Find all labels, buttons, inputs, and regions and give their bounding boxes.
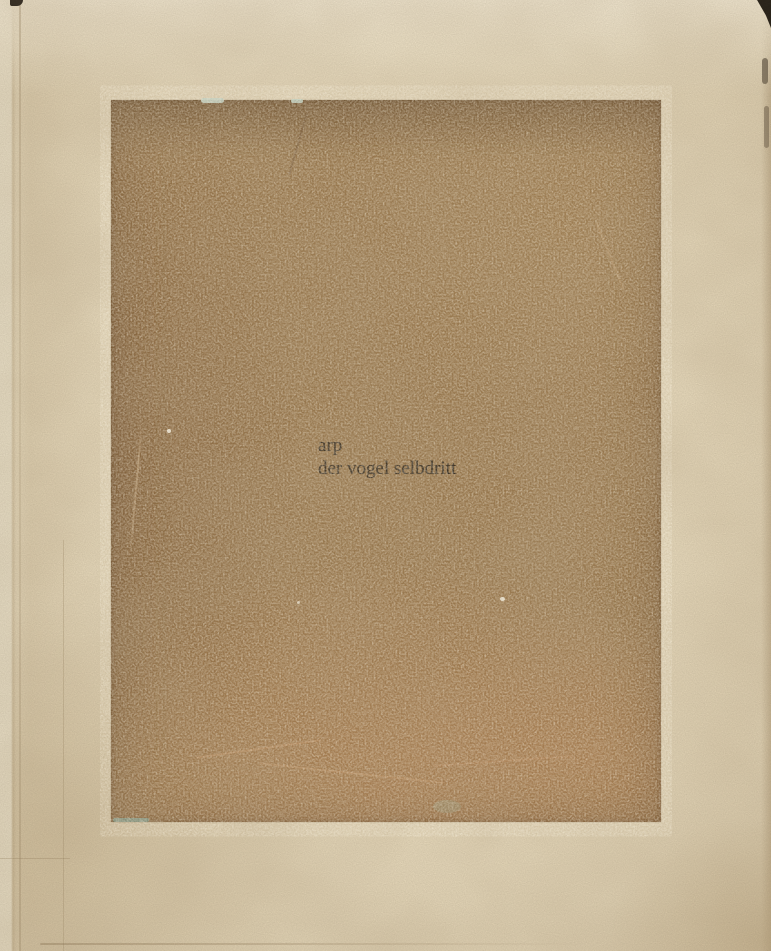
vertical-crease (63, 540, 64, 951)
teal-speck (291, 99, 303, 103)
panel-left-crease (129, 422, 143, 557)
top-right-black-wedge (754, 0, 771, 28)
left-margin-crease (0, 858, 70, 859)
bottom-horizontal-crease (40, 943, 585, 945)
copper-streak (433, 755, 573, 767)
title-block: arp der vogel selbdritt (318, 434, 456, 480)
top-left-black-mark (10, 0, 23, 6)
bottom-edge-teal-streak (113, 818, 149, 822)
pasted-brown-panel: arp der vogel selbdritt (111, 100, 661, 822)
right-edge-fleck (762, 58, 768, 84)
white-speck (500, 597, 505, 601)
panel-right-scratch (596, 222, 625, 290)
title-line-work: der vogel selbdritt (318, 457, 456, 480)
copper-streak (196, 739, 320, 758)
title-line-artist: arp (318, 434, 456, 457)
sage-spot (433, 800, 461, 813)
right-edge-fleck (764, 106, 769, 148)
panel-top-crease (288, 113, 308, 175)
copper-streak (259, 762, 443, 783)
spine-fold-crease (19, 0, 21, 951)
book-cover-scan: arp der vogel selbdritt (0, 0, 771, 951)
white-speck (167, 429, 171, 433)
white-speck (297, 601, 300, 604)
